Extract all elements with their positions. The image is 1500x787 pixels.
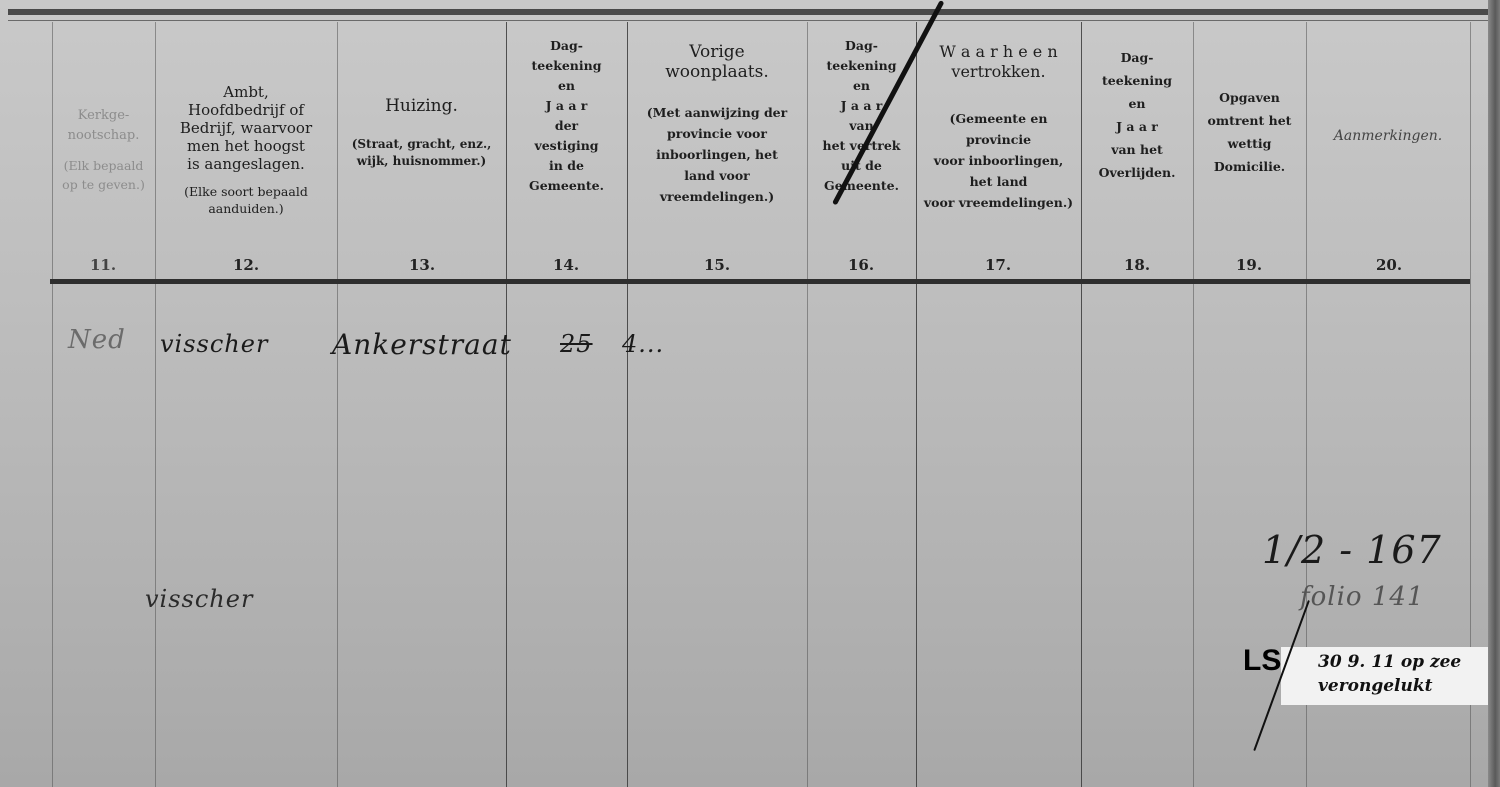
top-rule-thin bbox=[8, 20, 1488, 21]
handwritten-religion: Ned bbox=[68, 325, 126, 355]
column-header-20: Aanmerkingen. bbox=[1306, 24, 1470, 278]
column-number: 19. bbox=[1236, 256, 1262, 274]
column-subtitle: (Met aanwijzing der provincie voor inboo… bbox=[647, 102, 787, 207]
column-title: Huizing. bbox=[385, 96, 458, 116]
column-header-19: Opgaven omtrent het wettig Domicilie. bbox=[1193, 24, 1306, 276]
column-header-17: W a a r h e e n vertrokken. (Gemeente en… bbox=[916, 24, 1081, 272]
column-header-14: Dag- teekening en J a a r der vestiging … bbox=[506, 24, 627, 276]
column-header-18: Dag- teekening en J a a r van het Overli… bbox=[1081, 24, 1193, 276]
column-header-13: Huizing. (Straat, gracht, enz., wijk, hu… bbox=[337, 24, 506, 276]
column-header-12: Ambt, Hoofdbedrijf of Bedrijf, waarvoor … bbox=[155, 24, 337, 276]
handwritten-house-number: 4... bbox=[622, 330, 664, 358]
handwritten-house-number-struck: 25 bbox=[560, 330, 593, 358]
column-number: 15. bbox=[704, 256, 730, 274]
column-subtitle: (Elk bepaald op te geven.) bbox=[62, 156, 145, 194]
column-title: Vorige woonplaats. bbox=[665, 42, 769, 82]
column-title: Dag- teekening en J a a r van het Overli… bbox=[1099, 46, 1176, 184]
top-rule bbox=[8, 9, 1488, 15]
column-number: 20. bbox=[1376, 256, 1402, 274]
column-title: Kerkge- nootschap. bbox=[68, 106, 140, 146]
column-subtitle: (Gemeente en provincie voor inboorlingen… bbox=[924, 108, 1073, 213]
column-header-15: Vorige woonplaats. (Met aanwijzing der p… bbox=[627, 24, 807, 272]
handwritten-occupation-2: visscher bbox=[145, 585, 253, 613]
column-number: 18. bbox=[1124, 256, 1150, 274]
register-page: Kerkge- nootschap. (Elk bepaald op te ge… bbox=[0, 0, 1500, 787]
column-number: 14. bbox=[553, 256, 579, 274]
column-title: Dag- teekening en J a a r der vestiging … bbox=[529, 36, 604, 196]
column-number: 11. bbox=[90, 256, 116, 274]
page-edge bbox=[1488, 0, 1500, 787]
column-number: 17. bbox=[985, 256, 1011, 274]
header-rule bbox=[50, 279, 1470, 284]
column-title: Dag- teekening en J a a r van het vertre… bbox=[823, 36, 901, 196]
column-title: W a a r h e e n vertrokken. bbox=[939, 42, 1057, 82]
column-title: Opgaven omtrent het wettig Domicilie. bbox=[1208, 86, 1292, 178]
column-number: 13. bbox=[409, 256, 435, 274]
column-number: 16. bbox=[848, 256, 874, 274]
handwritten-occupation: visscher bbox=[160, 330, 268, 358]
column-header-11: Kerkge- nootschap. (Elk bepaald op te ge… bbox=[52, 24, 155, 276]
handwritten-folio: folio 141 bbox=[1300, 582, 1424, 612]
note-line-2: verongelukt bbox=[1318, 676, 1433, 696]
handwritten-street: Ankerstraat bbox=[332, 328, 512, 361]
column-subtitle: (Elke soort bepaald aanduiden.) bbox=[184, 183, 308, 217]
column-number: 12. bbox=[233, 256, 259, 274]
handwritten-date: 1/2 - 167 bbox=[1262, 528, 1442, 572]
column-subtitle: (Straat, gracht, enz., wijk, huisnommer.… bbox=[352, 136, 492, 170]
ls-stamp: LS bbox=[1243, 644, 1281, 678]
note-line-1: 30 9. 11 op zee bbox=[1318, 652, 1461, 672]
column-title: Aanmerkingen. bbox=[1334, 128, 1442, 145]
column-title: Ambt, Hoofdbedrijf of Bedrijf, waarvoor … bbox=[180, 83, 312, 173]
